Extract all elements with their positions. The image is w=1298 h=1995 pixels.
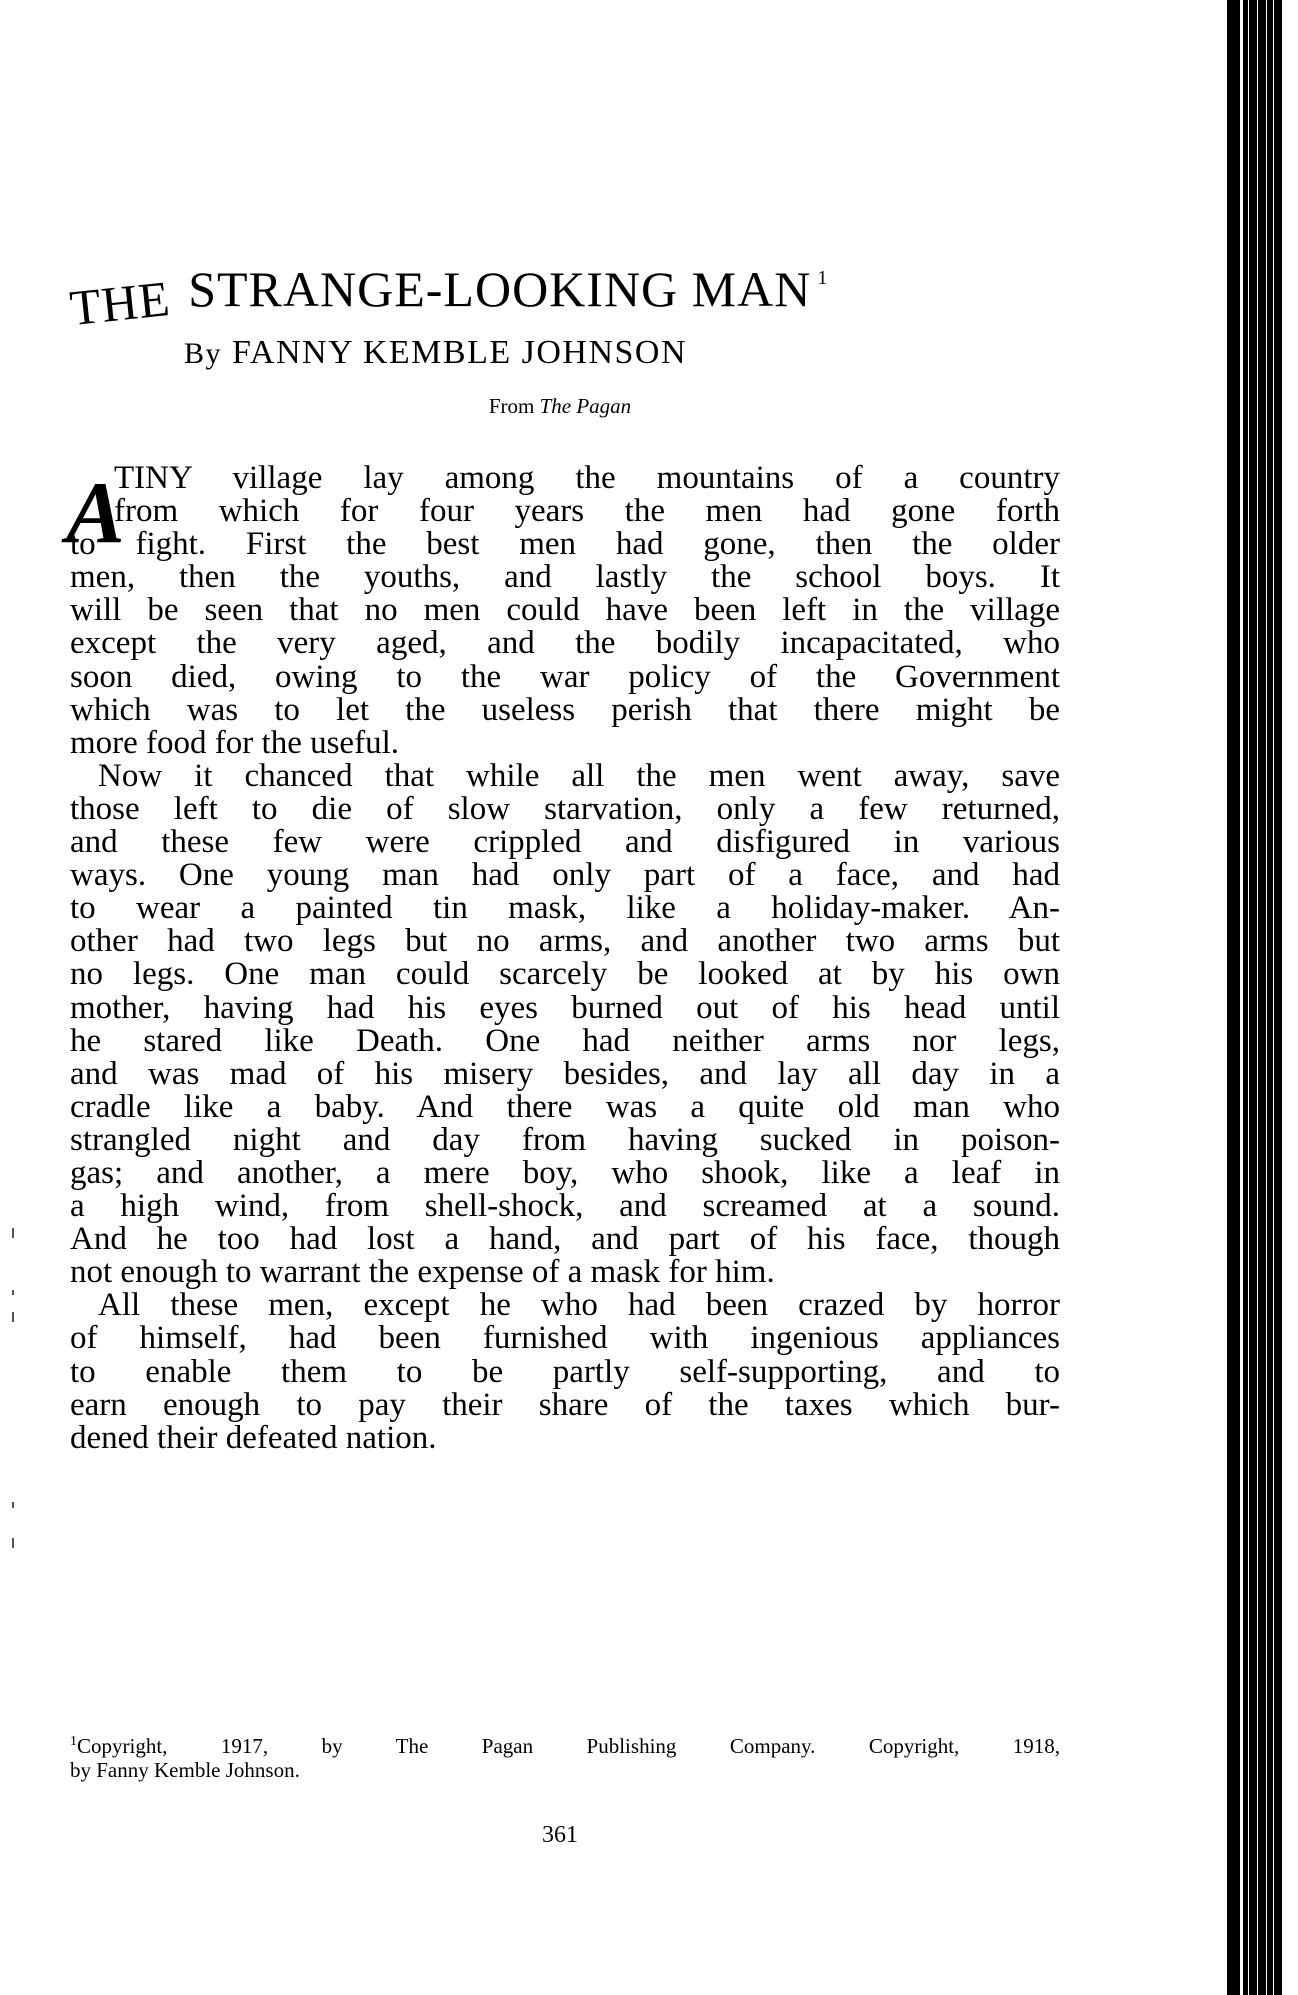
footnote: 1Copyright, 1917, by The Pagan Publishin… [70, 1730, 1060, 1782]
body-line: to enable them to be partly self-support… [70, 1356, 1060, 1389]
margin-mark [12, 1538, 14, 1548]
byline: By FANNY KEMBLE JOHNSON [184, 334, 687, 372]
body-line: and these few were crippled and disfigur… [70, 826, 1060, 859]
story-title: THESTRANGE-LOOKING MAN1 [70, 248, 1070, 319]
title-footnote-marker: 1 [817, 267, 828, 289]
margin-mark [12, 1502, 14, 1508]
body-line: And he too had lost a hand, and part of … [70, 1223, 1060, 1256]
body-line: of himself, had been furnished with inge… [70, 1322, 1060, 1355]
body-line: strangled night and day from having suck… [70, 1124, 1060, 1157]
book-page: THESTRANGE-LOOKING MAN1 By FANNY KEMBLE … [0, 0, 1298, 1995]
body-line: earn enough to pay their share of the ta… [70, 1389, 1060, 1422]
source-line: From The Pagan [0, 394, 1120, 419]
source-from: From [489, 394, 535, 418]
body-line: and was mad of his misery besides, and l… [70, 1058, 1060, 1091]
body-line: dened their defeated nation. [70, 1422, 1060, 1455]
body-line: ways. One young man had only part of a f… [70, 859, 1060, 892]
page-number: 361 [0, 1822, 1120, 1849]
body-line: not enough to warrant the expense of a m… [70, 1256, 1060, 1289]
body-line: Now it chanced that while all the men we… [70, 760, 1060, 793]
source-publication: The Pagan [540, 394, 632, 418]
footnote-line-1: 1Copyright, 1917, by The Pagan Publishin… [70, 1730, 1060, 1758]
body-line: cradle like a baby. And there was a quit… [70, 1091, 1060, 1124]
body-line: except the very aged, and the bodily inc… [70, 627, 1060, 660]
body-line: he stared like Death. One had neither ar… [70, 1025, 1060, 1058]
body-line: which was to let the useless perish that… [70, 694, 1060, 727]
body-line: men, then the youths, and lastly the sch… [70, 561, 1060, 594]
body-line: will be seen that no men could have been… [70, 594, 1060, 627]
body-line: from which for four years the men had go… [70, 495, 1060, 528]
body-line: more food for the useful. [70, 727, 1060, 760]
body-line: All these men, except he who had been cr… [70, 1289, 1060, 1322]
body-line: TINY village lay among the mountains of … [70, 462, 1060, 495]
byline-author: FANNY KEMBLE JOHNSON [232, 334, 687, 371]
title-main: STRANGE-LOOKING MAN [188, 261, 811, 317]
body-line: a high wind, from shell-shock, and screa… [70, 1190, 1060, 1223]
body-line: gas; and another, a mere boy, who shook,… [70, 1157, 1060, 1190]
margin-mark [12, 1290, 14, 1295]
body-line: to fight. First the best men had gone, t… [70, 528, 1060, 561]
title-prefix: THE [67, 268, 173, 338]
body-line: to wear a painted tin mask, like a holid… [70, 892, 1060, 925]
body-line: no legs. One man could scarcely be looke… [70, 958, 1060, 991]
footnote-line-2: by Fanny Kemble Johnson. [70, 1758, 1060, 1782]
book-binding-edge [1227, 0, 1282, 1995]
body-line: mother, having had his eyes burned out o… [70, 992, 1060, 1025]
body-line: those left to die of slow starvation, on… [70, 793, 1060, 826]
body-line: other had two legs but no arms, and anot… [70, 925, 1060, 958]
byline-by: By [184, 337, 222, 370]
footnote-text-1: Copyright, 1917, by The Pagan Publishing… [77, 1734, 1060, 1758]
body-line: soon died, owing to the war policy of th… [70, 661, 1060, 694]
margin-mark [12, 1312, 14, 1322]
story-body: TINY village lay among the mountains of … [70, 462, 1060, 1455]
footnote-marker: 1 [70, 1734, 77, 1749]
margin-mark [12, 1228, 14, 1238]
